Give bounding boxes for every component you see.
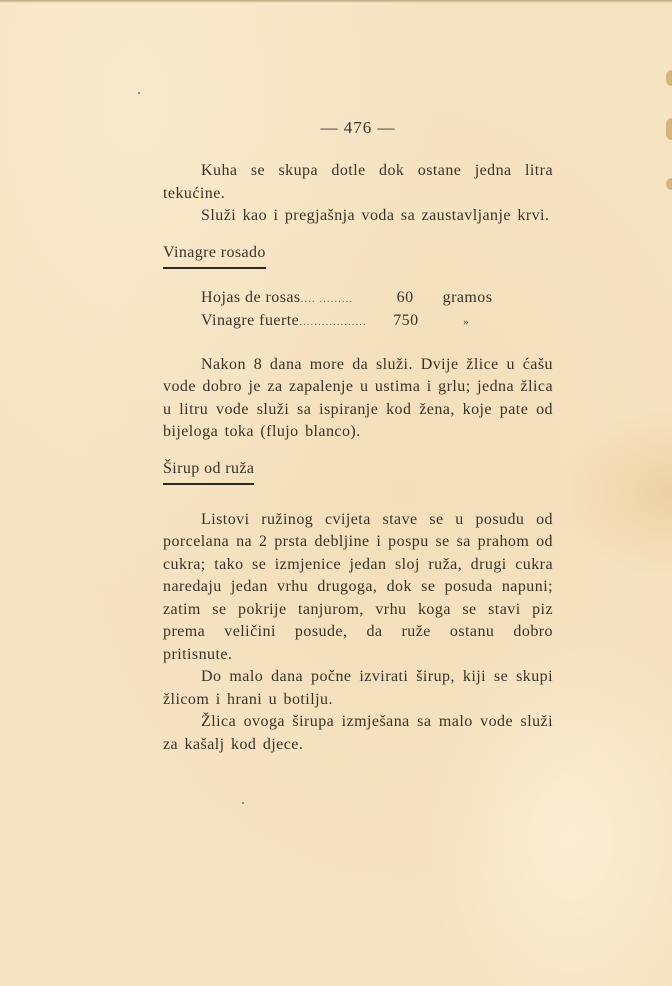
ingredient-row: Hojas de rosas .... ......... 60 gramos [201,287,553,311]
leader-dots: .... ......... [301,288,389,311]
section-paragraph: Listovi ružinog cvijeta stave se u posud… [163,509,553,667]
section-paragraph: Žlica ovoga širupa izmješana sa malo vod… [163,711,553,756]
section-paragraph: Nakon 8 dana more da služi. Dvije žlice … [163,354,553,444]
section-heading-vinagre-rosado: Vinagre rosado [163,242,266,269]
ditto-mark: » [463,311,469,334]
edge-stain [666,70,672,86]
leader-dots: .................. [299,311,385,334]
ingredient-name: Vinagre fuerte [201,310,299,333]
section-heading-sirup-od-ruza: Širup od ruža [163,458,254,485]
section-heading-wrap: Širup od ruža [163,444,553,509]
ingredient-quantity: 60 [397,287,433,310]
ingredient-quantity: 750 [393,310,429,333]
section-paragraph: Do malo dana počne izvirati širup, kiji … [163,666,553,711]
ingredient-list: Hojas de rosas .... ......... 60 gramos … [201,287,553,334]
book-page: — 476 — Kuha se skupa dotle dok ostane j… [163,118,553,756]
page-number: — 476 — [163,118,553,138]
page-top-edge [0,0,672,3]
intro-paragraph: Služi kao i pregjašnja voda sa zaustavlj… [163,205,553,228]
edge-stain [666,118,672,140]
paper-speck [242,802,244,804]
ingredient-unit: gramos [443,287,493,310]
intro-paragraph: Kuha se skupa dotle dok ostane jedna lit… [163,160,553,205]
section-heading-wrap: Vinagre rosado [163,228,553,285]
edge-stain [666,178,672,190]
ingredient-row: Vinagre fuerte .................. 750 » [201,310,553,334]
ingredient-name: Hojas de rosas [201,287,301,310]
paper-speck [138,92,140,94]
